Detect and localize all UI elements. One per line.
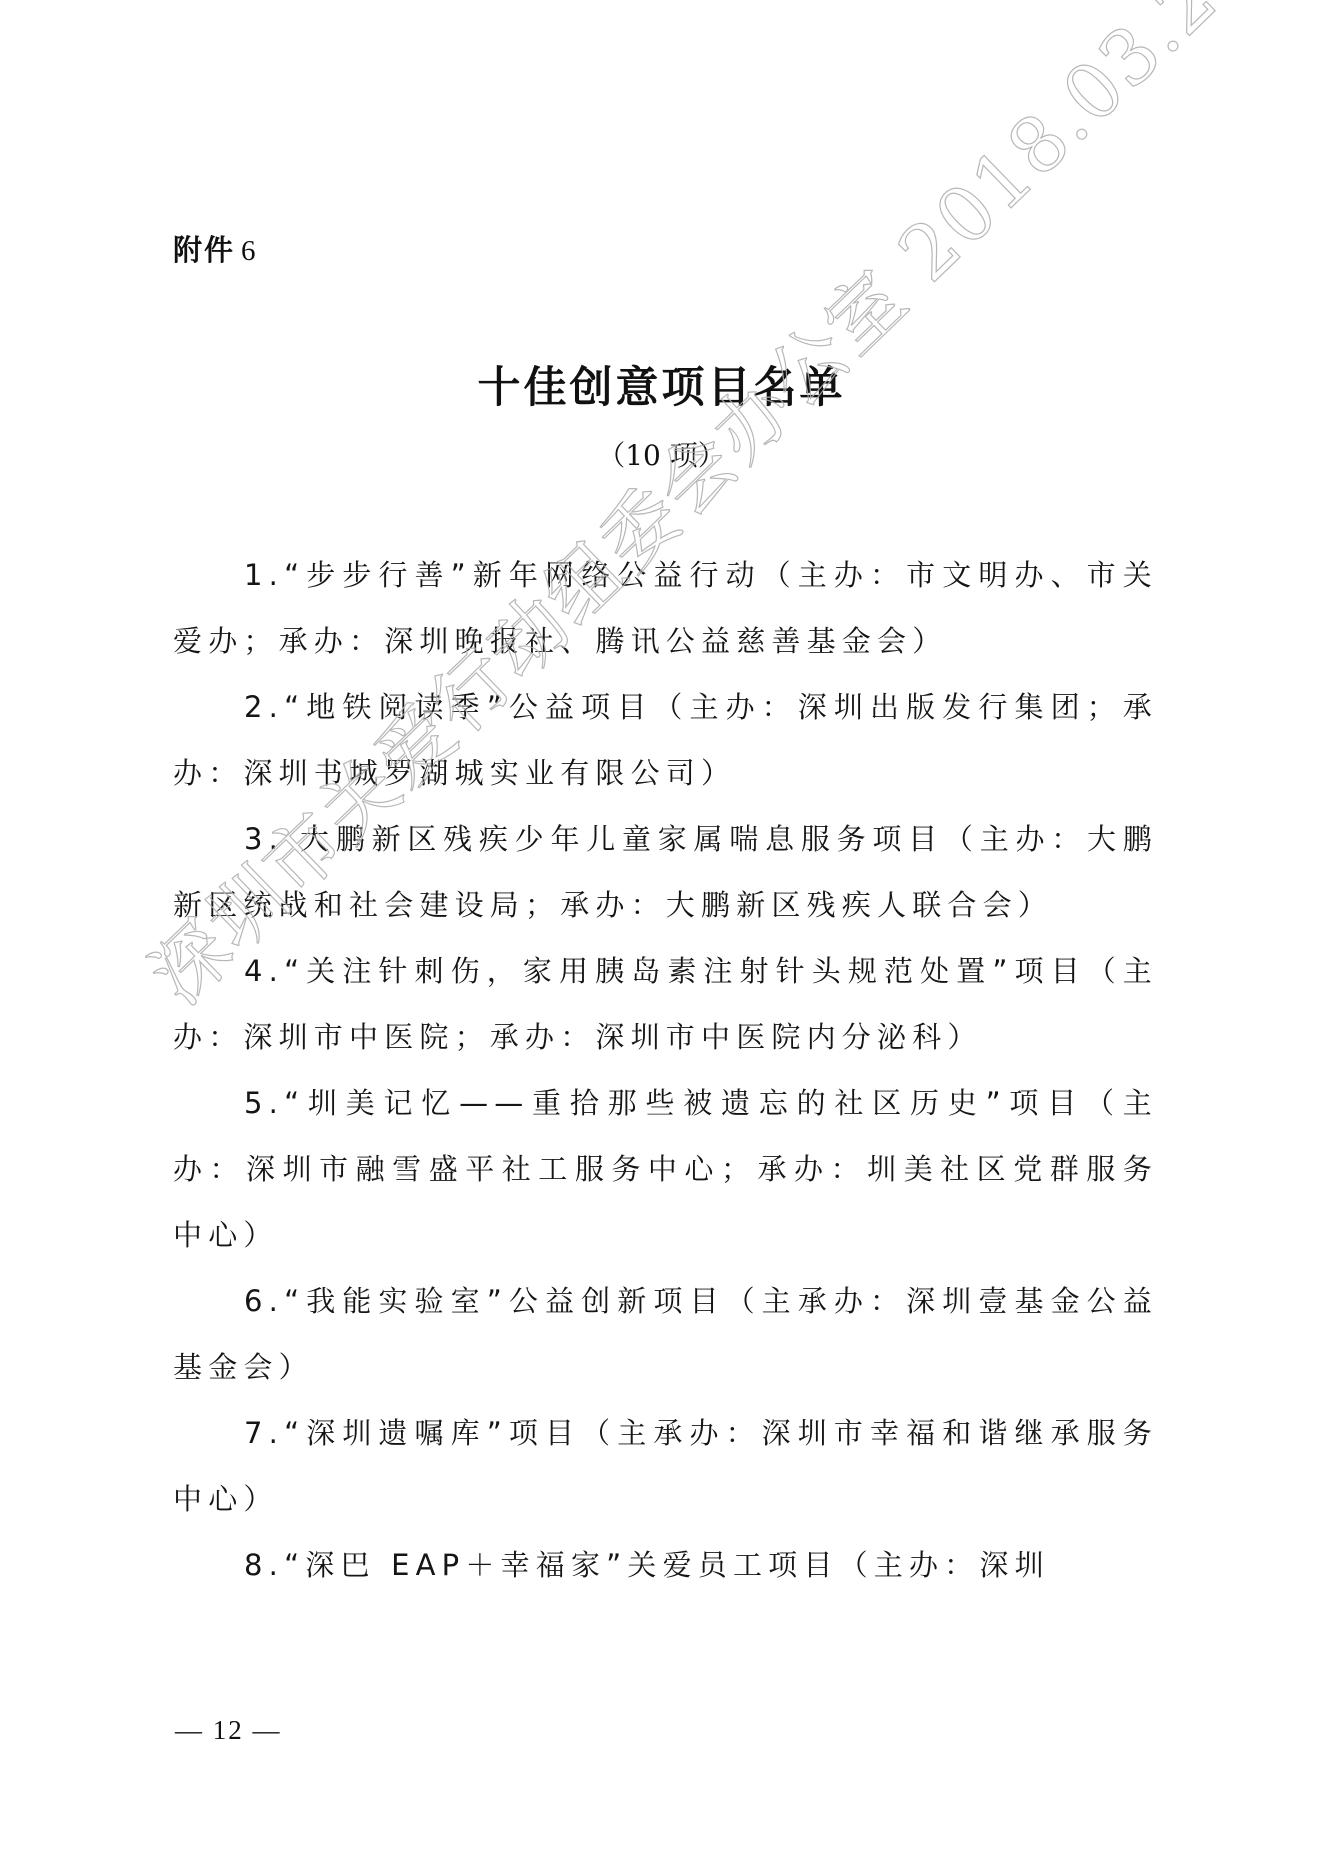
list-item: 4.“关注针刺伤，家用胰岛素注射针头规范处置”项目（主办：深圳市中医院；承办：深…: [173, 938, 1158, 1070]
list-item: 6.“我能实验室”公益创新项目（主承办：深圳壹基金公益基金会）: [173, 1268, 1158, 1400]
attachment-label-text: 附件: [173, 233, 235, 267]
page-number: — 12 —: [175, 1715, 282, 1746]
page-subtitle: （10 项）: [0, 434, 1323, 474]
list-item: 5.“圳美记忆——重拾那些被遗忘的社区历史”项目（主办：深圳市融雪盛平社工服务中…: [173, 1070, 1158, 1268]
list-item: 1.“步步行善”新年网络公益行动（主办：市文明办、市关爱办；承办：深圳晚报社、腾…: [173, 542, 1158, 674]
project-list: 1.“步步行善”新年网络公益行动（主办：市文明办、市关爱办；承办：深圳晚报社、腾…: [173, 542, 1158, 1598]
list-item: 3. 大鹏新区残疾少年儿童家属喘息服务项目（主办：大鹏新区统战和社会建设局；承办…: [173, 806, 1158, 938]
attachment-number: 6: [241, 235, 258, 267]
list-item: 2.“地铁阅读季”公益项目（主办：深圳出版发行集团；承办：深圳书城罗湖城实业有限…: [173, 674, 1158, 806]
list-item: 7.“深圳遗嘱库”项目（主承办：深圳市幸福和谐继承服务中心）: [173, 1400, 1158, 1532]
page-title: 十佳创意项目名单: [0, 354, 1323, 415]
list-item: 8.“深巴 EAP＋幸福家”关爱员工项目（主办：深圳: [173, 1532, 1158, 1598]
document-page: 附件6 十佳创意项目名单 （10 项） 1.“步步行善”新年网络公益行动（主办：…: [0, 0, 1323, 1871]
attachment-label: 附件6: [173, 228, 258, 269]
